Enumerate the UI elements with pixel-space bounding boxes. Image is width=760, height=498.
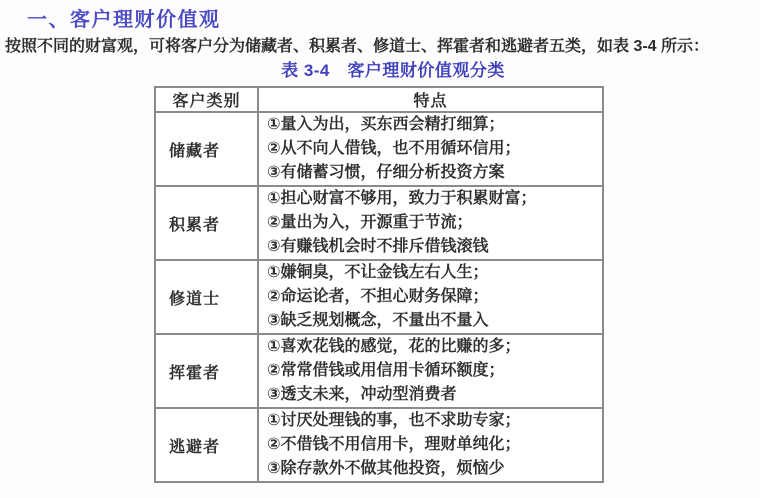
client-values-table: 客户类别 特点 储藏者 ①量入为出，买东西会精打细算； ②从不向人借钱，也不用循… xyxy=(154,86,604,483)
feature-line: ③透支未来，冲动型消费者 xyxy=(267,383,598,407)
feature-line: ①讨厌处理钱的事，也不求助专家； xyxy=(267,409,598,433)
feature-line: ②命运论者，不担心财务保障； xyxy=(267,285,598,309)
client-type-cell: 储藏者 xyxy=(155,112,258,186)
column-header-client-type: 客户类别 xyxy=(155,87,258,112)
feature-line: ①量入为出，买东西会精打细算； xyxy=(267,113,598,137)
features-cell: ①喜欢花钱的感觉，花的比赚的多； ②常常借钱或用信用卡循环额度； ③透支未来，冲… xyxy=(258,334,603,408)
client-type-cell: 逃避者 xyxy=(155,408,258,482)
intro-text: 按照不同的财富观，可将客户分为储藏者、积累者、修道士、挥霍者和逃避者五类，如表 … xyxy=(5,37,760,56)
feature-line: ①嫌铜臭，不让金钱左右人生； xyxy=(267,261,598,285)
table-row: 挥霍者 ①喜欢花钱的感觉，花的比赚的多； ②常常借钱或用信用卡循环额度； ③透支… xyxy=(155,334,603,408)
feature-line: ③有储蓄习惯，仔细分析投资方案 xyxy=(267,161,598,185)
feature-line: ①喜欢花钱的感觉，花的比赚的多； xyxy=(267,335,598,359)
table-caption: 表 3-4 客户理财价值观分类 xyxy=(26,61,760,81)
client-type-cell: 修道士 xyxy=(155,260,258,334)
feature-line: ①担心财富不够用，致力于积累财富； xyxy=(267,187,598,211)
table-row: 储藏者 ①量入为出，买东西会精打细算； ②从不向人借钱，也不用循环信用； ③有储… xyxy=(155,112,603,186)
feature-line: ③有赚钱机会时不排斥借钱滚钱 xyxy=(267,235,598,259)
features-cell: ①讨厌处理钱的事，也不求助专家； ②不借钱不用信用卡，理财单纯化； ③除存款外不… xyxy=(258,408,603,482)
feature-line: ③缺乏规划概念，不量出不量入 xyxy=(267,309,598,333)
table-row: 修道士 ①嫌铜臭，不让金钱左右人生； ②命运论者，不担心财务保障； ③缺乏规划概… xyxy=(155,260,603,334)
features-cell: ①担心财富不够用，致力于积累财富； ②量出为入，开源重于节流； ③有赚钱机会时不… xyxy=(258,186,603,260)
feature-line: ③除存款外不做其他投资，烦恼少 xyxy=(267,457,598,481)
client-type-cell: 挥霍者 xyxy=(155,334,258,408)
section-heading: 一、客户理财价值观 xyxy=(27,10,760,31)
feature-line: ②量出为入，开源重于节流； xyxy=(267,211,598,235)
features-cell: ①量入为出，买东西会精打细算； ②从不向人借钱，也不用循环信用； ③有储蓄习惯，… xyxy=(258,112,603,186)
features-cell: ①嫌铜臭，不让金钱左右人生； ②命运论者，不担心财务保障； ③缺乏规划概念，不量… xyxy=(258,260,603,334)
document-page: 一、客户理财价值观 按照不同的财富观，可将客户分为储藏者、积累者、修道士、挥霍者… xyxy=(0,10,760,483)
column-header-features: 特点 xyxy=(258,87,603,112)
client-type-cell: 积累者 xyxy=(155,186,258,260)
table-header-row: 客户类别 特点 xyxy=(155,87,603,112)
table-row: 积累者 ①担心财富不够用，致力于积累财富； ②量出为入，开源重于节流； ③有赚钱… xyxy=(155,186,603,260)
feature-line: ②常常借钱或用信用卡循环额度； xyxy=(267,359,598,383)
feature-line: ②从不向人借钱，也不用循环信用； xyxy=(267,137,598,161)
table-row: 逃避者 ①讨厌处理钱的事，也不求助专家； ②不借钱不用信用卡，理财单纯化； ③除… xyxy=(155,408,603,482)
feature-line: ②不借钱不用信用卡，理财单纯化； xyxy=(267,433,598,457)
